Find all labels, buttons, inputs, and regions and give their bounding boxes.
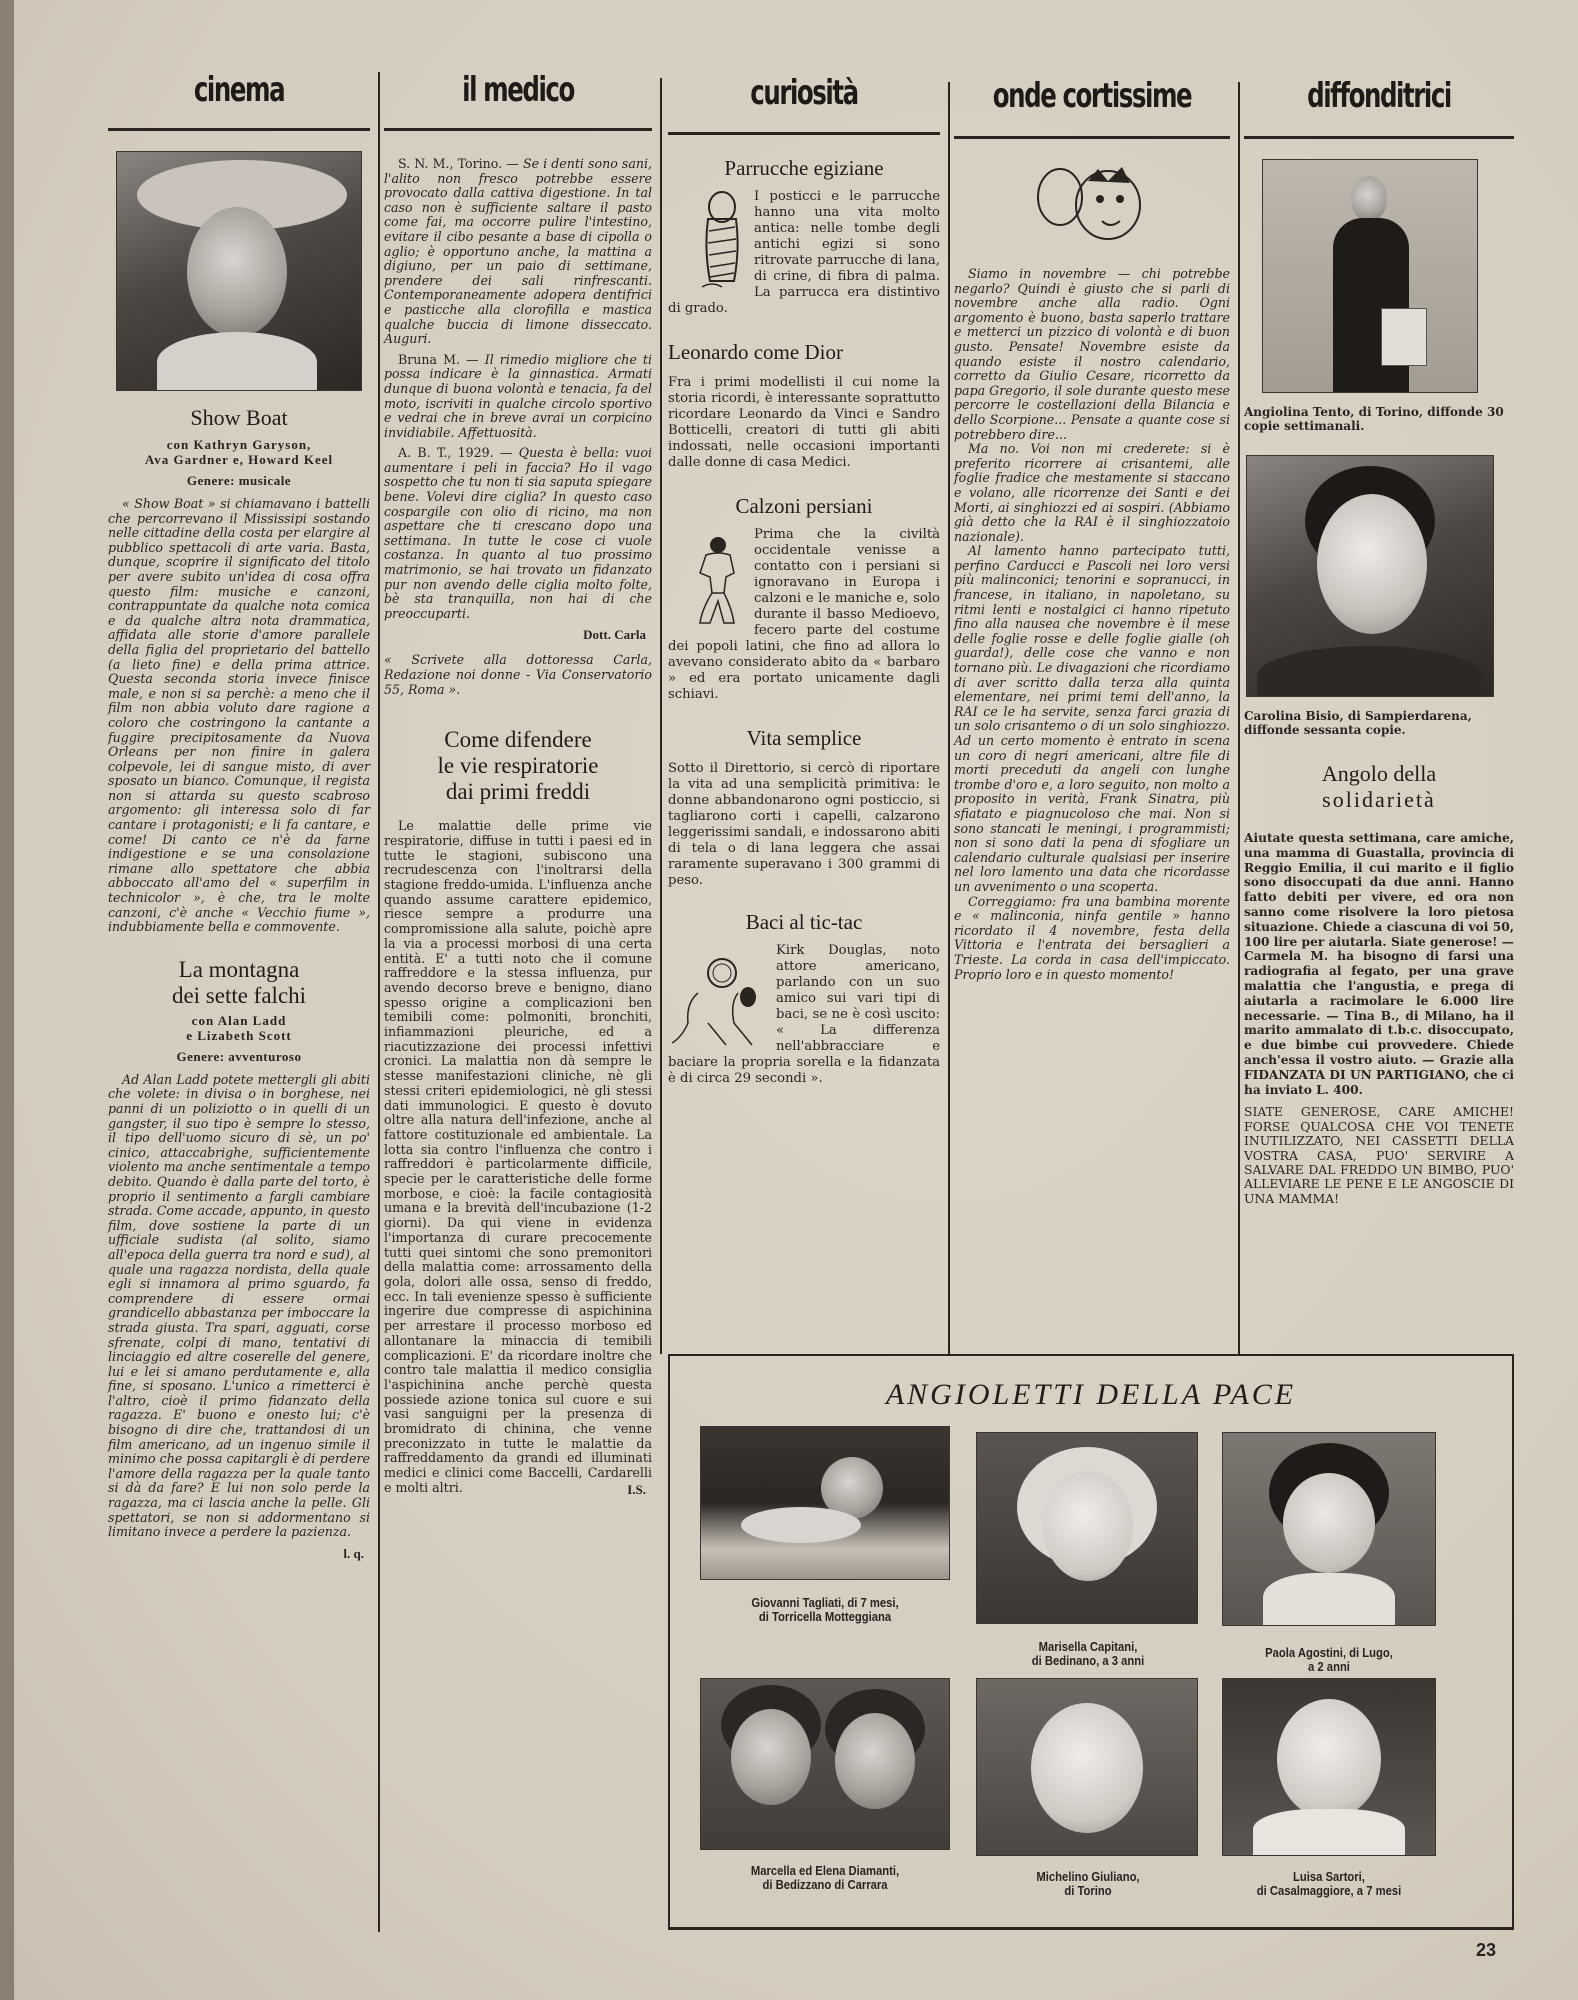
heading-rule (384, 128, 652, 131)
angioletti-della-pace-box: ANGIOLETTI DELLA PACE Giovanni Tagliati,… (668, 1354, 1514, 1930)
child-caption: Marisella Capitani, (987, 1640, 1189, 1654)
review-title-montagna: La montagna (108, 957, 370, 983)
child-caption: Giovanni Tagliati, di 7 mesi, (713, 1596, 938, 1610)
doctor-letter-reply: Bruna M. — Il rimedio migliore che ti po… (384, 353, 652, 441)
review-signature: l. q. (108, 1546, 364, 1562)
letter-reply-text: Questa è bella: vuoi aumentare i peli in… (384, 445, 652, 621)
clothes-shape (1253, 1809, 1405, 1856)
carolina-bisio-photo (1246, 455, 1494, 697)
child-caption: Michelino Giuliano, (987, 1870, 1189, 1884)
radio-cartoon-face-icon (1030, 159, 1150, 249)
solidarity-title: solidarietà (1244, 787, 1514, 813)
collar-shape (157, 332, 317, 391)
angioletti-title: ANGIOLETTI DELLA PACE (670, 1378, 1512, 1412)
review-credits: con Alan Ladd (108, 1013, 370, 1028)
solidarity-title: Angolo della (1244, 761, 1514, 787)
face-shape (1317, 494, 1427, 634)
curiosity-title: Baci al tic-tac (668, 909, 940, 935)
doctor-letter-reply: A. B. T., 1929. — Questa è bella: vuoi a… (384, 446, 652, 621)
clothes-shape (1263, 1573, 1395, 1626)
child-photo (1222, 1678, 1436, 1856)
doctor-letter-reply: S. N. M., Torino. — Se i denti sono sani… (384, 157, 652, 347)
page-number: 23 (1476, 1940, 1496, 1961)
section-heading-medico: il medico (422, 60, 615, 120)
section-heading-curiosita: curiosità (706, 60, 902, 124)
persian-man-drawing-icon (688, 533, 744, 629)
column-divider (378, 72, 380, 1932)
column-divider (948, 82, 950, 1354)
magazine-shape (1381, 308, 1427, 366)
ava-gardner-photo (116, 151, 362, 391)
child-photo (1222, 1432, 1436, 1626)
curiosity-item: I posticci e le parrucche hanno una vita… (668, 189, 940, 317)
child-photo (976, 1678, 1198, 1856)
child-caption: di Bedizzano di Carrara (713, 1878, 938, 1892)
review-credits: e Lizabeth Scott (108, 1028, 370, 1043)
child-photo-card: Luisa Sartori, di Casalmaggiore, a 7 mes… (1222, 1678, 1436, 1898)
photo-caption: Carolina Bisio, di Sampierdarena, diffon… (1244, 709, 1514, 737)
shoulders-shape (1257, 646, 1483, 697)
section-heading-cinema: cinema (145, 60, 334, 120)
child-caption: di Bedinano, a 3 anni (987, 1654, 1189, 1668)
child-caption: di Torino (987, 1884, 1189, 1898)
article-body: Le malattie delle prime vie respiratorie… (384, 819, 652, 1495)
article-title: dai primi freddi (384, 779, 652, 805)
section-heading-onde: onde cortissime (993, 60, 1192, 128)
curiosity-body: Sotto il Direttorio, si cercò di riporta… (668, 761, 940, 889)
letter-sender: A. B. T., 1929. — (398, 445, 513, 460)
solidarity-body: Aiutate questa settimana, care amiche, u… (1244, 831, 1514, 1097)
heading-rule (1244, 136, 1514, 139)
section-heading-diffonditrici: diffonditrici (1282, 60, 1476, 128)
radio-column-paragraph: Al lamento hanno partecipato tutti, perf… (954, 544, 1230, 894)
article-title: Come difendere (384, 727, 652, 753)
review-body: Ad Alan Ladd potete mettergli gli abiti … (108, 1073, 370, 1540)
child-photo (700, 1426, 950, 1580)
review-genre: Genere: avventuroso (108, 1049, 370, 1065)
face-shape (1283, 1473, 1375, 1573)
radio-column-paragraph: Correggiamo: fra una bambina morente e «… (954, 895, 1230, 983)
face-shape (835, 1713, 915, 1809)
heading-rule (954, 136, 1230, 139)
medico-column: il medico S. N. M., Torino. — Se i denti… (384, 60, 652, 1498)
column-divider (660, 78, 662, 1354)
magazine-page: cinema Show Boat con Kathryn Garyson, Av… (0, 0, 1578, 2000)
doctor-signature: Dott. Carla (384, 627, 646, 643)
letter-sender: S. N. M., Torino. — (398, 156, 519, 171)
mummy-drawing-icon (698, 189, 744, 293)
curiosita-column: curiosità Parrucche egiziane I posticci … (668, 60, 940, 1087)
angiolina-tento-photo (1262, 159, 1478, 393)
letter-sender: Bruna M. — (398, 352, 479, 367)
curiosity-body: Fra i primi modellisti il cui nome la st… (668, 375, 940, 471)
review-title-show-boat: Show Boat (108, 405, 370, 431)
curiosity-title: Calzoni persiani (668, 493, 940, 519)
heading-rule (668, 132, 940, 135)
child-caption: Marcella ed Elena Diamanti, (713, 1864, 938, 1878)
solidarity-appeal: SIATE GENEROSE, CARE AMICHE! FORSE QUALC… (1244, 1105, 1514, 1206)
child-photo-card: Giovanni Tagliati, di 7 mesi, di Torrice… (700, 1426, 950, 1624)
radio-column-paragraph: Ma no. Voi non mi crederete: si è prefer… (954, 442, 1230, 544)
article-title: le vie respiratorie (384, 753, 652, 779)
face-shape (1351, 176, 1387, 222)
child-photo-card: Michelino Giuliano, di Torino (976, 1678, 1200, 1898)
curiosity-item: Prima che la civiltà occidentale venisse… (668, 527, 940, 703)
radio-column-paragraph: Siamo in novembre — chi potrebbe negarlo… (954, 267, 1230, 442)
curiosity-item: Kirk Douglas, noto attore americano, par… (668, 943, 940, 1087)
child-caption: a 2 anni (1233, 1660, 1426, 1674)
curiosity-title: Vita semplice (668, 725, 940, 751)
review-title-montagna: dei sette falchi (108, 983, 370, 1009)
body-shape (741, 1507, 861, 1543)
face-shape (1031, 1703, 1143, 1833)
review-credits: con Kathryn Garyson, (108, 437, 370, 452)
face-shape (1043, 1471, 1133, 1581)
face-shape (1277, 1699, 1381, 1819)
write-to-doctor-note: « Scrivete alla dottoressa Carla, Redazi… (384, 653, 652, 697)
heading-rule (108, 128, 370, 131)
child-caption: di Casalmaggiore, a 7 mesi (1233, 1884, 1426, 1898)
child-caption: Paola Agostini, di Lugo, (1233, 1646, 1426, 1660)
diffonditrici-column: diffonditrici Angiolina Tento, di Torino… (1244, 60, 1514, 1206)
child-photo-card: Marcella ed Elena Diamanti, di Bedizzano… (700, 1678, 950, 1892)
child-photo-card: Marisella Capitani, di Bedinano, a 3 ann… (976, 1432, 1200, 1668)
child-photo-card: Paola Agostini, di Lugo, a 2 anni (1222, 1432, 1436, 1674)
cinema-column: cinema Show Boat con Kathryn Garyson, Av… (108, 60, 370, 1562)
review-genre: Genere: musicale (108, 473, 370, 489)
curiosity-title: Parrucche egiziane (668, 155, 940, 181)
child-photo (976, 1432, 1198, 1624)
face-shape (187, 207, 287, 337)
review-credits: Ava Gardner e, Howard Keel (108, 452, 370, 467)
kissing-couple-clock-drawing-icon (668, 953, 768, 1049)
photo-caption: Angiolina Tento, di Torino, diffonde 30 … (1244, 405, 1514, 433)
onde-cortissime-column: onde cortissime Siamo in novembre — chi … (954, 60, 1230, 982)
child-caption: di Torricella Motteggiana (713, 1610, 938, 1624)
letter-reply-text: Se i denti sono sani, l'alito non fresco… (384, 156, 652, 346)
curiosity-title: Leonardo come Dior (668, 339, 940, 365)
face-shape (731, 1709, 811, 1805)
binding-spine (0, 0, 14, 2000)
child-photo (700, 1678, 950, 1850)
column-divider (1238, 82, 1240, 1354)
review-body: « Show Boat » si chiamavano i battelli c… (108, 497, 370, 935)
child-caption: Luisa Sartori, (1233, 1870, 1426, 1884)
